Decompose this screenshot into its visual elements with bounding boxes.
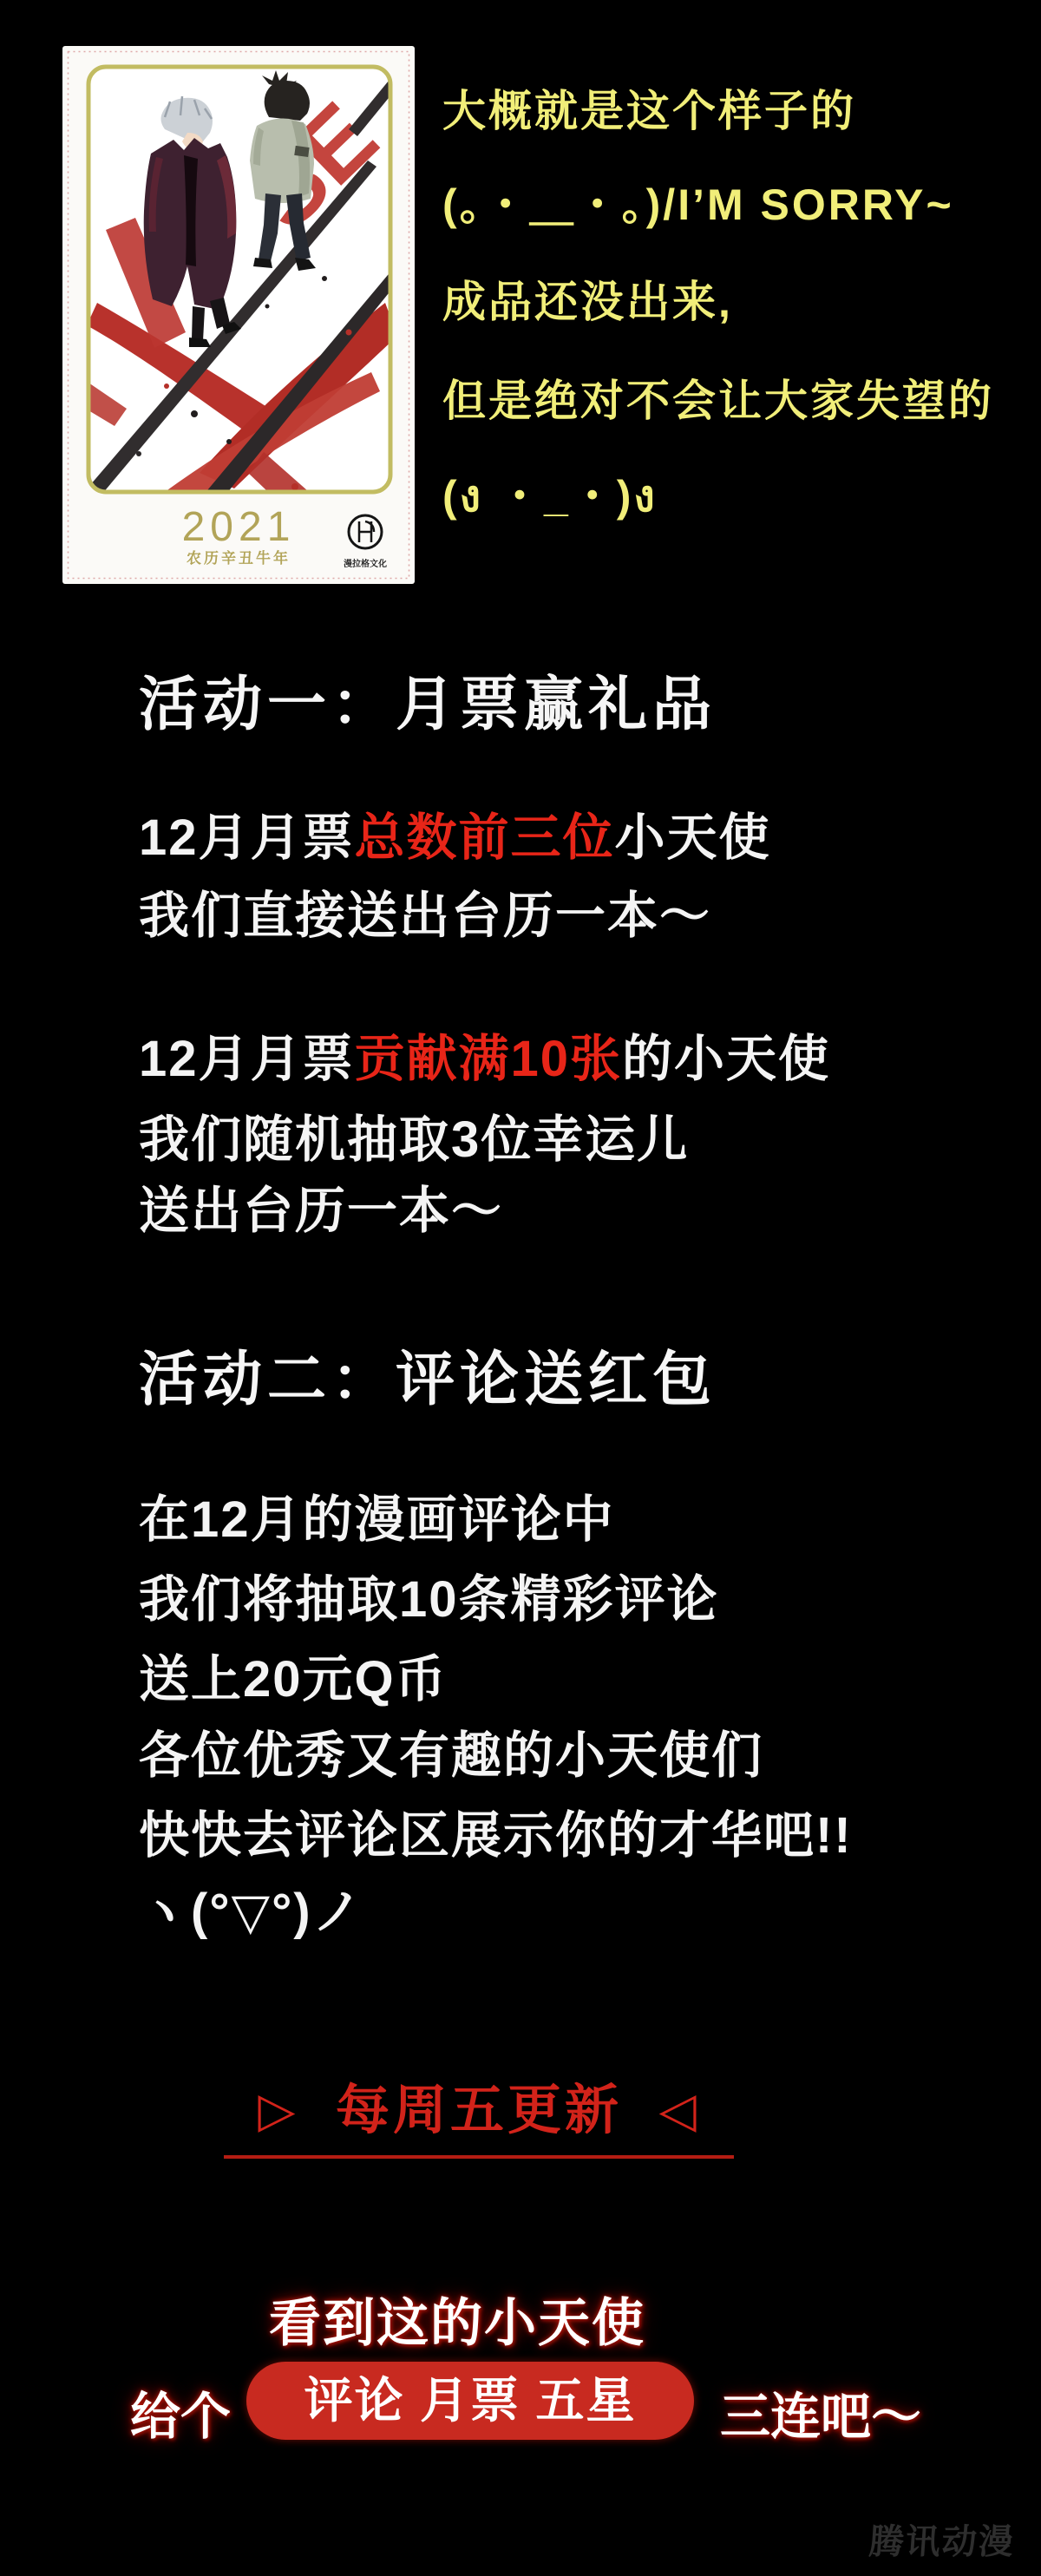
schedule-underline <box>224 2155 734 2159</box>
activity1-title: 活动一：月票赢礼品 <box>139 658 717 742</box>
author-note-line-4: 但是绝对不会让大家失望的 <box>442 366 994 429</box>
rule-highlight: 总数前三位 <box>355 810 615 866</box>
activity2-line-1: 在12月的漫画评论中 <box>139 1478 615 1551</box>
platform-watermark: 腾讯动漫 <box>867 2514 1017 2564</box>
activity1-rule2-line2: 我们随机抽取3位幸运儿 <box>139 1098 689 1171</box>
activity1-rule1-line2: 我们直接送出台历一本～ <box>139 875 711 947</box>
calendar-preview-card: SE <box>62 46 415 584</box>
activity1-rule1: 12月月票总数前三位小天使 <box>139 796 771 869</box>
activity2-title: 活动二：评论送红包 <box>139 1333 717 1417</box>
update-schedule-text: 每周五更新 <box>336 2081 622 2140</box>
author-note-line-1: 大概就是这个样子的 <box>442 76 856 139</box>
left-triangle-icon: ▷ <box>258 2082 298 2137</box>
author-note-line-2: (。・＿・。)/I’M SORRY~ <box>442 170 954 233</box>
footer-post-text: 三连吧～ <box>720 2376 921 2448</box>
triple-action-pill-text: 评论 月票 五星 <box>246 2362 694 2440</box>
footer-callout: 看到这的小天使 <box>0 2282 914 2356</box>
promo-page: SE <box>0 0 1041 2576</box>
footer-pre-text: 给个 <box>130 2376 231 2448</box>
studio-logo-text: 漫拉格文化 <box>344 558 387 569</box>
rule-text: 小天使 <box>615 810 771 866</box>
triple-action-pill: 评论 月票 五星 <box>246 2362 694 2440</box>
activity2-line-6: ヽ(°▽°)ノ <box>139 1871 364 1943</box>
rule-highlight: 贡献满10张 <box>355 1031 623 1087</box>
activity1-rule2: 12月月票贡献满10张的小天使 <box>139 1018 830 1091</box>
update-schedule: ▷ 每周五更新 ◁ <box>0 2067 958 2144</box>
activity2-line-3: 送上20元Q币 <box>139 1638 448 1711</box>
activity2-line-4: 各位优秀又有趣的小天使们 <box>139 1714 763 1787</box>
activity1-rule2-line3: 送出台历一本～ <box>139 1170 503 1242</box>
rule-text: 的小天使 <box>622 1031 830 1087</box>
rule-text: 12月月票 <box>139 1031 355 1087</box>
author-note-line-5: (ง ・_・)ง <box>442 462 658 531</box>
rule-text: 12月月票 <box>139 810 355 866</box>
right-triangle-icon: ◁ <box>658 2082 699 2137</box>
activity2-line-5: 快快去评论区展示你的才华吧!! <box>139 1794 853 1867</box>
card-year-caption: 农历辛丑牛年 <box>187 549 291 567</box>
author-note-line-3: 成品还没出来, <box>442 267 733 330</box>
card-year: 2021 <box>182 504 296 550</box>
activity2-line-2: 我们将抽取10条精彩评论 <box>139 1558 719 1631</box>
calendar-card-art: SE <box>62 46 415 584</box>
